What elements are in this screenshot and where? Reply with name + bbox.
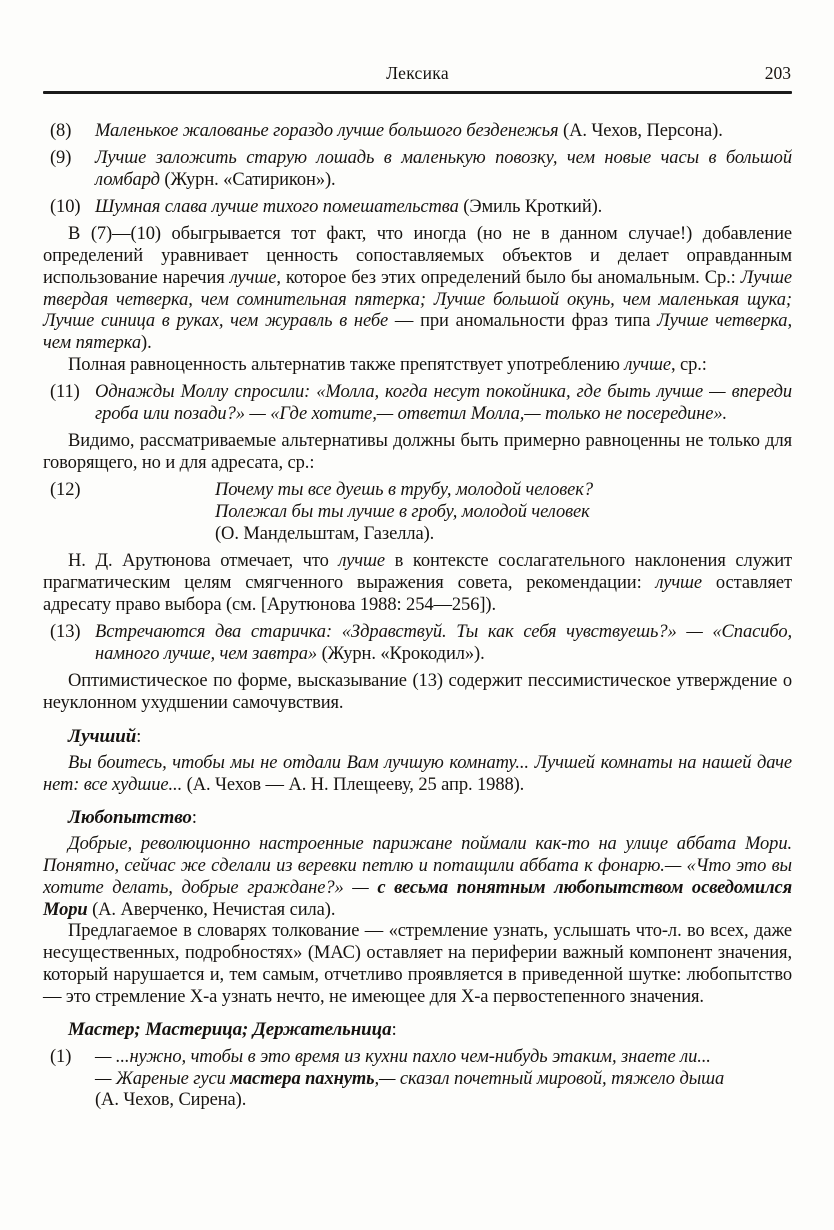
- text-segment: Полная равноценность альтернатив также п…: [68, 355, 624, 375]
- section-heading: Мастер; Мастерица; Держательница:: [43, 1019, 792, 1041]
- example-text: Лучше заложить старую лошадь в маленькую…: [95, 148, 792, 190]
- text-segment: (А. Чехов, Персона).: [563, 121, 723, 141]
- example-number: (8): [50, 121, 71, 143]
- text-segment: , которое без этих определений было бы а…: [276, 268, 740, 288]
- text-segment: Полежал бы ты лучше в гробу, молодой чел…: [215, 502, 590, 522]
- text-segment: Лучший: [68, 726, 136, 747]
- text-segment: Шумная слава лучше тихого помешательства: [95, 197, 463, 217]
- example-text: Встречаются два старичка: «Здравствуй. Т…: [95, 622, 792, 664]
- example-text: Однажды Моллу спросили: «Молла, когда не…: [95, 382, 792, 424]
- paragraph: Полная равноценность альтернатив также п…: [43, 355, 792, 377]
- numbered-example: (1)— ...нужно, чтобы в это время из кухн…: [43, 1047, 792, 1112]
- text-segment: :: [192, 807, 197, 828]
- text-segment: Маленькое жалованье гораздо лучше большо…: [95, 121, 563, 141]
- text-segment: лучше: [338, 551, 385, 571]
- numbered-example: (8)Маленькое жалованье гораздо лучше бол…: [43, 121, 792, 143]
- example-text: Шумная слава лучше тихого помешательства…: [95, 197, 602, 217]
- verse-example: (12)Почему ты все дуешь в трубу, молодой…: [43, 480, 792, 545]
- text-segment: (А. Аверченко, Нечистая сила).: [92, 900, 335, 920]
- running-head: Лексика 203: [43, 62, 792, 88]
- example-number: (13): [50, 622, 80, 644]
- text-segment: (Журн. «Крокодил»).: [322, 644, 485, 664]
- example-text: Маленькое жалованье гораздо лучше большо…: [95, 121, 723, 141]
- quote-paragraph: Вы боитесь, чтобы мы не отдали Вам лучшу…: [43, 753, 792, 797]
- example-line: (А. Чехов, Сирена).: [95, 1090, 792, 1112]
- paragraph: Предлагаемое в словарях толкование — «ст…: [43, 921, 792, 1008]
- text-segment: Оптимистическое по форме, высказывание (…: [43, 671, 792, 713]
- example-number: (10): [50, 197, 80, 219]
- paragraph: Н. Д. Арутюнова отмечает, что лучше в ко…: [43, 551, 792, 616]
- example-number: (1): [50, 1047, 71, 1069]
- example-line: (О. Мандельштам, Газелла).: [215, 524, 792, 546]
- example-number: (11): [50, 382, 80, 404]
- text-segment: Почему ты все дуешь в трубу, молодой чел…: [215, 480, 593, 500]
- text-segment: ,— сказал почетный мировой, тяжело дыша: [375, 1069, 725, 1089]
- text-segment: — при аномальности фраз типа: [388, 311, 657, 331]
- text-segment: Предлагаемое в словарях толкование — «ст…: [43, 921, 792, 1006]
- example-line: — Жареные гуси мастера пахнуть,— сказал …: [95, 1069, 792, 1091]
- page-number: 203: [765, 62, 791, 84]
- text-segment: (А. Чехов — А. Н. Плещееву, 25 апр. 1988…: [187, 775, 525, 795]
- text-segment: Н. Д. Арутюнова отмечает, что: [68, 551, 338, 571]
- text-segment: — ...нужно, чтобы в это время из кухни п…: [95, 1047, 711, 1067]
- example-number: (9): [50, 148, 71, 170]
- text-segment: лучше: [624, 355, 671, 375]
- text-segment: ).: [141, 333, 152, 353]
- text-segment: (Журн. «Сатирикон»).: [164, 170, 335, 190]
- text-segment: :: [392, 1019, 397, 1040]
- section-heading: Лучший:: [43, 726, 792, 748]
- text-segment: Мастер; Мастерица; Держательница: [68, 1019, 392, 1040]
- numbered-example: (10)Шумная слава лучше тихого помешатель…: [43, 197, 792, 219]
- example-number: (12): [50, 480, 80, 502]
- text-segment: Видимо, рассматриваемые альтернативы дол…: [43, 431, 792, 473]
- numbered-example: (13)Встречаются два старичка: «Здравству…: [43, 622, 792, 666]
- example-line: — ...нужно, чтобы в это время из кухни п…: [95, 1047, 792, 1069]
- numbered-example: (9)Лучше заложить старую лошадь в малень…: [43, 148, 792, 192]
- section-heading: Любопытство:: [43, 807, 792, 829]
- text-segment: — Жареные гуси: [95, 1069, 230, 1089]
- example-line: Почему ты все дуешь в трубу, молодой чел…: [215, 480, 792, 502]
- paragraph: В (7)—(10) обыгрывается тот факт, что ин…: [43, 224, 792, 355]
- text-segment: Любопытство: [68, 807, 192, 828]
- page-content: (8)Маленькое жалованье гораздо лучше бол…: [43, 94, 792, 1112]
- text-segment: мастера пахнуть: [230, 1069, 374, 1089]
- text-segment: (Эмиль Кроткий).: [463, 197, 602, 217]
- paragraph: Оптимистическое по форме, высказывание (…: [43, 671, 792, 715]
- numbered-example: (11)Однажды Моллу спросили: «Молла, когд…: [43, 382, 792, 426]
- text-segment: лучше: [655, 573, 702, 593]
- text-segment: (А. Чехов, Сирена).: [95, 1090, 246, 1110]
- text-segment: , ср.:: [671, 355, 707, 375]
- text-segment: (О. Мандельштам, Газелла).: [215, 524, 434, 544]
- example-line: Полежал бы ты лучше в гробу, молодой чел…: [215, 502, 792, 524]
- running-head-title: Лексика: [43, 62, 792, 84]
- text-segment: Однажды Моллу спросили: «Молла, когда не…: [95, 382, 792, 424]
- text-block: Лексика 203 (8)Маленькое жалованье гораз…: [43, 62, 792, 1118]
- quote-paragraph: Добрые, революционно настроенные парижан…: [43, 834, 792, 921]
- text-segment: :: [136, 726, 141, 747]
- text-segment: лучше: [230, 268, 277, 288]
- book-page: Лексика 203 (8)Маленькое жалованье гораз…: [0, 0, 834, 1230]
- paragraph: Видимо, рассматриваемые альтернативы дол…: [43, 431, 792, 475]
